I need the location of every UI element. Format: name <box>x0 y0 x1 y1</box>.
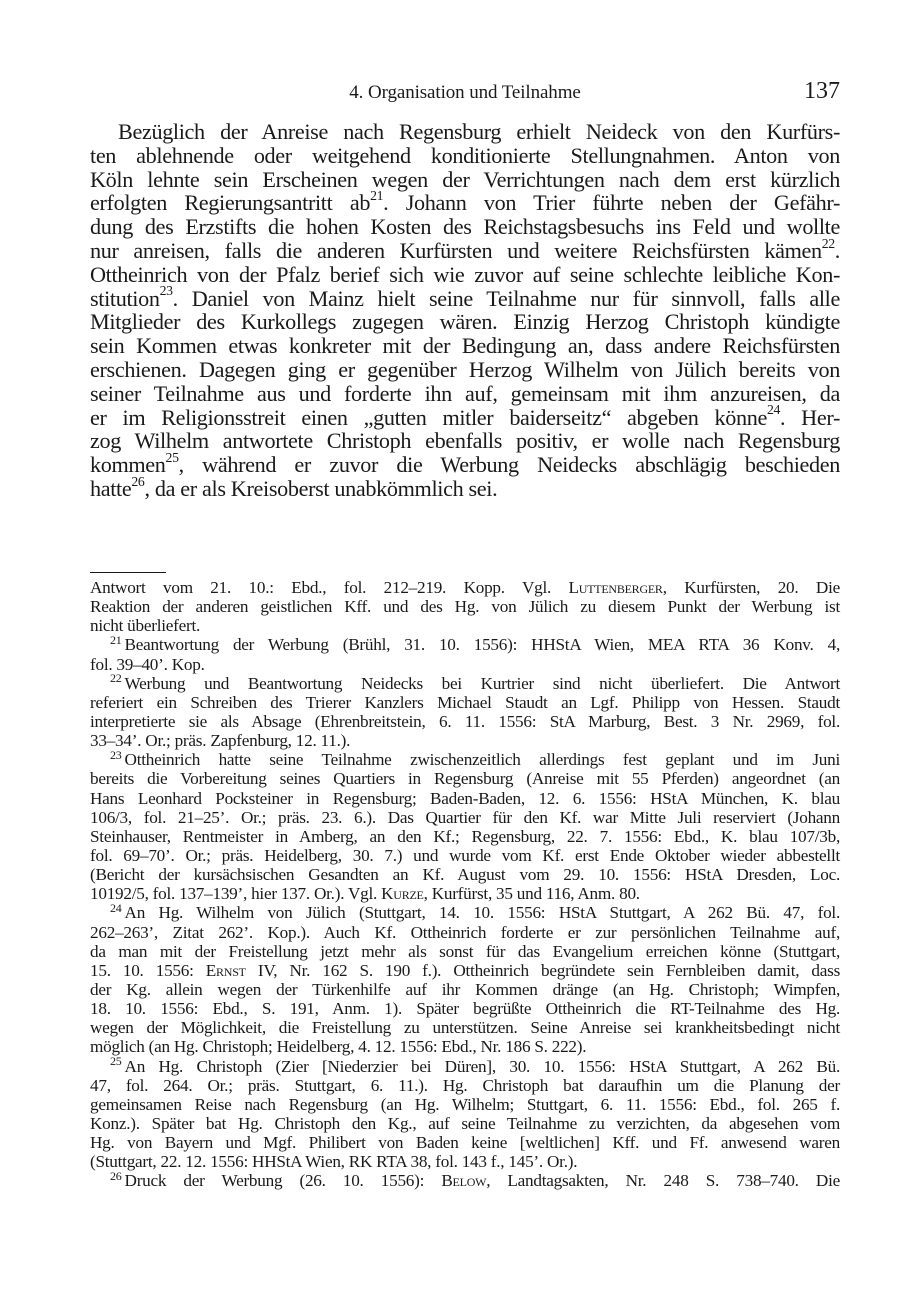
footnote-line: fol. 39–40’. Kop. <box>90 655 840 674</box>
footnote-line: bereits die Vorbereitung seines Quartier… <box>90 769 840 788</box>
footnote-line: 18. 10. 1556: Ebd., S. 191, Anm. 1). Spä… <box>90 999 840 1018</box>
body-line: hatte26, da er als Kreisoberst unabkömml… <box>90 477 840 501</box>
footnote-ref-22[interactable]: 22 <box>822 236 835 251</box>
footnote-line: 33–34’. Or.; präs. Zapfenburg, 12. 11.). <box>90 731 840 750</box>
footnote-continuation-line: nicht überliefert. <box>90 616 840 635</box>
body-line: seiner Teilnahme aus und forderte ihn au… <box>90 382 840 406</box>
footnote-21: 21Beantwortung der Werbung (Brühl, 31. 1… <box>90 635 840 654</box>
footnote-line: Konz.). Später bat Hg. Christoph den Kg.… <box>90 1114 840 1133</box>
body-line: sein Kommen etwas konkreter mit der Bedi… <box>90 334 840 358</box>
footnote-continuation-line: Antwort vom 21. 10.: Ebd., fol. 212–219.… <box>90 578 840 597</box>
footnote-line: (Stuttgart, 22. 12. 1556: HHStA Wien, RK… <box>90 1152 840 1171</box>
footnote-line: Steinhauser, Rentmeister in Amberg, an d… <box>90 827 840 846</box>
author-name: Kurze <box>381 884 424 903</box>
footnote-line: der Kg. allein wegen der Türkenhilfe auf… <box>90 980 840 999</box>
footnote-line: da man mit der Freistellung jetzt mehr a… <box>90 942 840 961</box>
page-number: 137 <box>804 78 840 105</box>
body-line: erschienen. Dagegen ging er gegenüber He… <box>90 358 840 382</box>
footnote-line: wegen der Möglichkeit, die Freistellung … <box>90 1018 840 1037</box>
author-name: Ernst <box>206 961 246 980</box>
body-line: zog Wilhelm antwortete Christoph ebenfal… <box>90 429 840 453</box>
body-paragraph: Bezüglich der Anreise nach Regensburg er… <box>90 120 840 501</box>
footnote-line: 10192/5, fol. 137–139’, hier 137. Or.). … <box>90 884 840 903</box>
body-line: Ottheinrich von der Pfalz berief sich wi… <box>90 263 840 287</box>
body-line: Bezüglich der Anreise nach Regensburg er… <box>90 120 840 144</box>
footnote-number: 26 <box>110 1169 122 1183</box>
footnote-number: 22 <box>110 671 122 685</box>
footnotes: Antwort vom 21. 10.: Ebd., fol. 212–219.… <box>90 578 840 1191</box>
footnote-line: 262–263’, Zitat 262’. Kop.). Auch Kf. Ot… <box>90 923 840 942</box>
body-line: ten ablehnende oder weitgehend kondition… <box>90 144 840 168</box>
footnote-25: 25An Hg. Christoph (Zier [Niederzier bei… <box>90 1057 840 1076</box>
running-head: 4. Organisation und Teilnahme 137 <box>90 78 840 108</box>
footnote-line: Hg. von Bayern und Mgf. Philibert von Ba… <box>90 1133 840 1152</box>
footnote-26: 26Druck der Werbung (26. 10. 1556): Belo… <box>90 1171 840 1190</box>
footnote-line: referiert ein Schreiben des Trierer Kanz… <box>90 693 840 712</box>
footnote-number: 25 <box>110 1054 122 1068</box>
body-line: erfolgten Regierungsantritt ab21. Johann… <box>90 191 840 215</box>
footnote-line: 47, fol. 264. Or.; präs. Stuttgart, 6. 1… <box>90 1076 840 1095</box>
footnote-ref-24[interactable]: 24 <box>767 402 780 417</box>
footnote-23: 23Ottheinrich hatte seine Teilnahme zwis… <box>90 750 840 769</box>
body-line: kommen25, während er zuvor die Werbung N… <box>90 453 840 477</box>
footnote-line: interpretierte sie als Absage (Ehrenbrei… <box>90 712 840 731</box>
footnote-line: fol. 69–70’. Or.; präs. Heidelberg, 30. … <box>90 846 840 865</box>
footnote-line: 15. 10. 1556: Ernst IV, Nr. 162 S. 190 f… <box>90 961 840 980</box>
body-line: dung des Erzstifts die hohen Kosten des … <box>90 215 840 239</box>
footnote-line: möglich (an Hg. Christoph; Heidelberg, 4… <box>90 1037 840 1056</box>
footnote-ref-26[interactable]: 26 <box>131 474 144 489</box>
footnote-line: Hans Leonhard Pocksteiner in Regensburg;… <box>90 789 840 808</box>
footnote-ref-25[interactable]: 25 <box>166 450 179 465</box>
footnote-number: 23 <box>110 748 122 762</box>
body-line: nur anreisen, falls die anderen Kurfürst… <box>90 239 840 263</box>
footnote-continuation-line: Reaktion der anderen geistlichen Kff. un… <box>90 597 840 616</box>
footnote-ref-23[interactable]: 23 <box>160 283 173 298</box>
footnote-ref-21[interactable]: 21 <box>370 188 383 203</box>
body-line: er im Religionsstreit einen „gutten mitl… <box>90 406 840 430</box>
body-line: Köln lehnte sein Erscheinen wegen der Ve… <box>90 168 840 192</box>
footnote-number: 24 <box>110 901 122 915</box>
footnote-22: 22Werbung und Beantwortung Neidecks bei … <box>90 674 840 693</box>
footnote-line: gemeinsamen Reise nach Regensburg (an Hg… <box>90 1095 840 1114</box>
author-name: Luttenberger <box>569 578 663 597</box>
body-line: Mitglieder des Kurkollegs zugegen wären.… <box>90 310 840 334</box>
footnote-24: 24An Hg. Wilhelm von Jülich (Stuttgart, … <box>90 903 840 922</box>
chapter-title: 4. Organisation und Teilnahme <box>90 82 840 104</box>
footnote-number: 21 <box>110 633 122 647</box>
footnote-line: (Bericht der kursächsischen Gesandten an… <box>90 865 840 884</box>
footnote-line: 106/3, fol. 21–25’. Or.; präs. 23. 6.). … <box>90 808 840 827</box>
body-line: stitution23. Daniel von Mainz hielt sein… <box>90 287 840 311</box>
footnote-separator-rule <box>90 572 166 573</box>
author-name: Below <box>441 1171 486 1190</box>
